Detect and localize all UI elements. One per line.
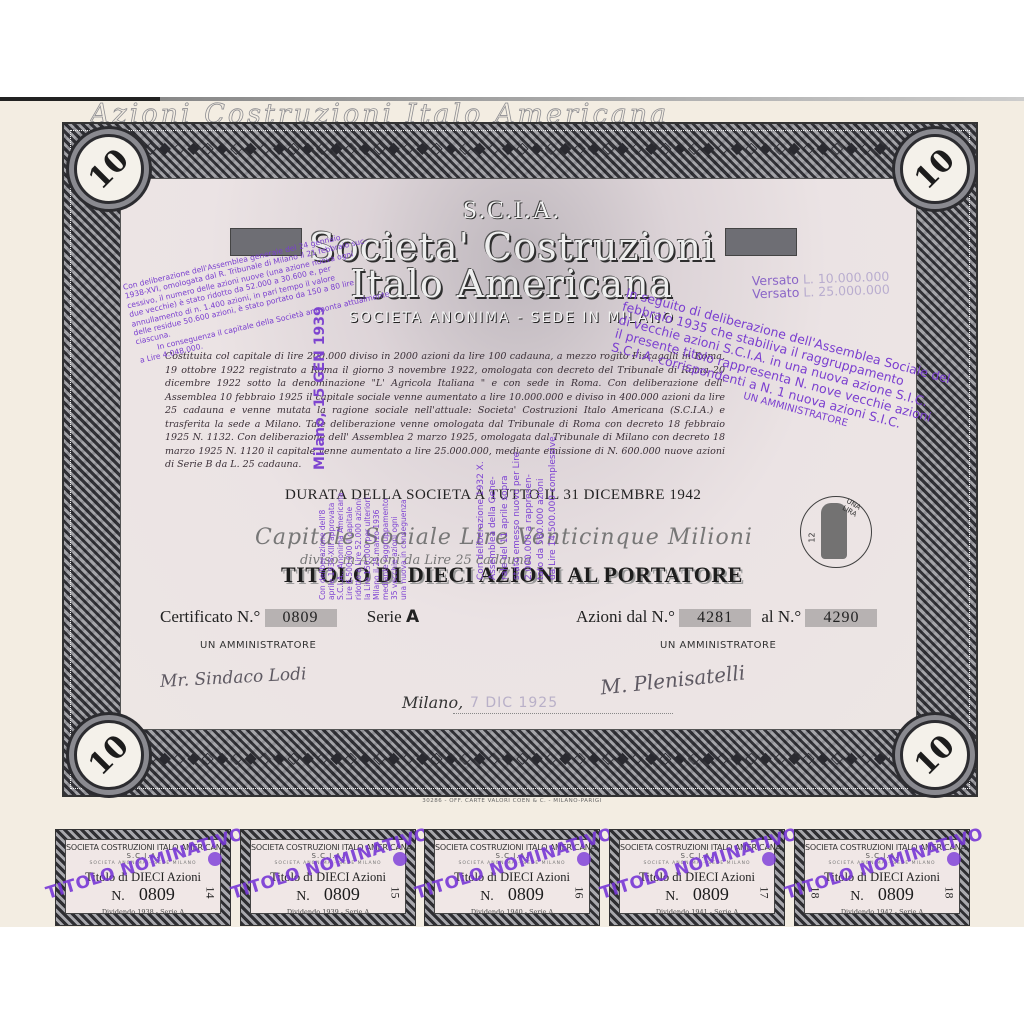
administrator-label-left: UN AMMINISTRATORE [200, 640, 316, 651]
serie-label: Serie [367, 607, 402, 626]
issue-place: Milano, [402, 693, 463, 712]
serie-value: A [406, 607, 419, 627]
corner-denomination-top-left: 10 [74, 134, 144, 204]
overprint-dot [577, 852, 591, 866]
coupon-number: 0809 [324, 884, 360, 904]
stamp-milano-date: Milano, 15 GEN 1939 [316, 306, 325, 470]
certificate-number: 0809 [265, 609, 337, 627]
stamp-paid-up: Versato L. 10.000.000 Versato L. 25.000.… [752, 270, 890, 301]
printer-imprint: 30286 - OFF. CARTE VALORI COEN & C. - MI… [0, 798, 1024, 804]
dividend-coupon: SOCIETA COSTRUZIONI ITALO AMERICANAS.C.I… [240, 829, 416, 926]
coupon-dividend: Dividendo 1940 - Serie A [435, 908, 589, 916]
stamp-vertical-capital-1: Con deliberazione dell'8aprile 1935-XIII… [318, 493, 408, 600]
corner-denomination-bottom-left: 10 [74, 720, 144, 790]
revenue-stamp: UNA LIRA 12 [800, 496, 872, 568]
shares-from-number: 4281 [679, 609, 751, 627]
overprint-dot [947, 852, 961, 866]
border-pattern-bottom: ◆◇◆◇◆◇◆◇◆◇◆◇◆◇◆◇◆◇◆◇◆◇◆◇◆◇◆◇◆◇◆◇◆◇◆◇◆◇◆◇… [130, 750, 890, 766]
coupon-number: 0809 [878, 884, 914, 904]
shares-to-number: 4290 [805, 609, 877, 627]
date-line [453, 713, 673, 714]
certificate-number-row: Certificato N.° 0809 Serie A [160, 607, 419, 627]
coupon-side-number: 14 [203, 887, 218, 899]
revenue-stamp-number: 12 [808, 532, 817, 542]
shares-from-label: Azioni dal N.° [576, 607, 675, 626]
shares-to-label: al N.° [761, 607, 801, 626]
coupon-side-number: 16 [572, 887, 587, 899]
coupon-number: 0809 [693, 884, 729, 904]
company-abbreviation: S.C.I.A. [0, 197, 1024, 225]
coupon-number: 0809 [139, 884, 175, 904]
stamp-vertical-capital-2: Con deliberazione 1932 X.Assemblea della… [475, 436, 559, 580]
coupon-dividend: Dividendo 1938 - Serie A [66, 908, 220, 916]
coupon-number: 0809 [508, 884, 544, 904]
certificate-label: Certificato N.° [160, 607, 260, 626]
border-pattern-top: ◆◇◆◇◆◇◆◇◆◇◆◇◆◇◆◇◆◇◆◇◆◇◆◇◆◇◆◇◆◇◆◇◆◇◆◇◆◇◆◇… [130, 140, 890, 156]
corner-denomination-bottom-right: 10 [900, 720, 970, 790]
corner-denomination-top-right: 10 [900, 134, 970, 204]
dividend-coupon: SOCIETA COSTRUZIONI ITALO AMERICANAS.C.I… [794, 829, 970, 926]
overprint-dot [393, 852, 407, 866]
coupon-dividend: Dividendo 1942 - Serie A [805, 908, 959, 916]
overprint-dot [208, 852, 222, 866]
dividend-coupon: SOCIETA COSTRUZIONI ITALO AMERICANAS.C.I… [609, 829, 785, 926]
coupon-dividend: Dividendo 1939 - Serie A [251, 908, 405, 916]
coupon-side-number: 17 [757, 887, 772, 899]
dividend-coupon: SOCIETA COSTRUZIONI ITALO AMERICANAS.C.I… [424, 829, 600, 926]
coupon-side-number: 18 [942, 887, 957, 899]
dividend-coupon: SOCIETA COSTRUZIONI ITALO AMERICANAS.C.I… [55, 829, 231, 926]
coupon-side-number: 15 [388, 887, 403, 899]
share-range-row: Azioni dal N.° 4281 al N.° 4290 [576, 607, 877, 627]
overprint-dot [762, 852, 776, 866]
administrator-label-right: UN AMMINISTRATORE [660, 640, 776, 651]
coupon-dividend: Dividendo 1941 - Serie A [620, 908, 774, 916]
issue-date-stamp: 7 DIC 1925 [470, 695, 558, 711]
